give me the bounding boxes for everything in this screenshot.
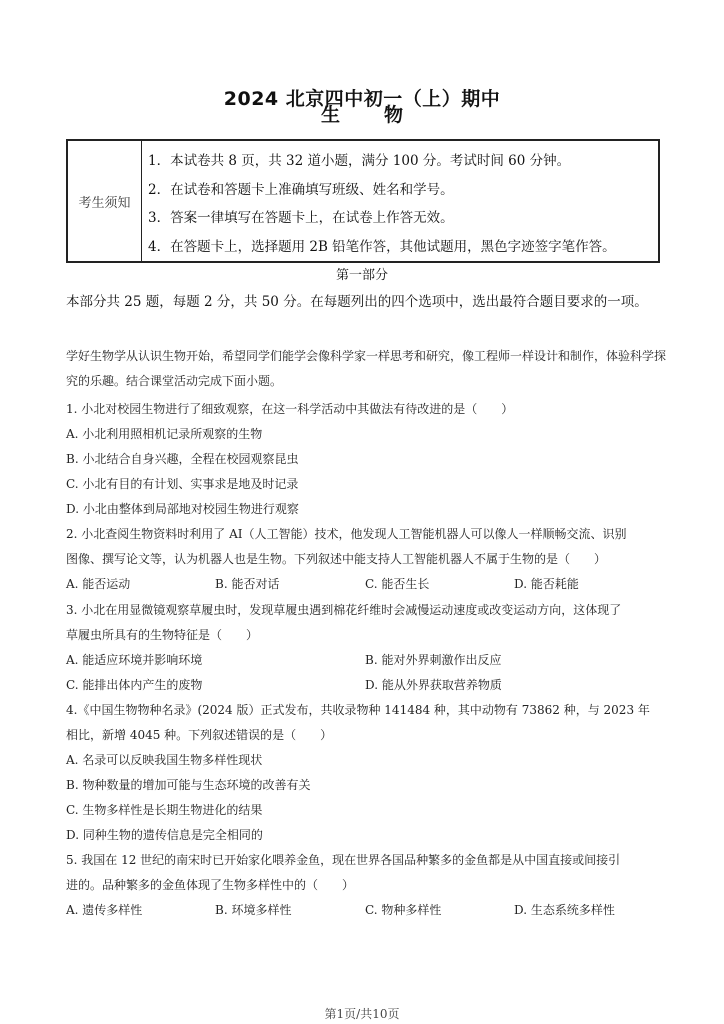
question-3-stem-line1: 3. 小北在用显微镜观察草履虫时，发现草履虫遇到棉花纤维时会减慢运动速度或改变运…	[66, 601, 621, 618]
question-2-stem-line1: 2. 小北查阅生物资料时利用了 AI（人工智能）技术，他发现人工智能机器人可以像…	[66, 525, 627, 542]
notice-item: 4．在答题卡上，选择题用 2B 铅笔作答，其他试题用，黑色字迹签字笔作答。	[148, 233, 658, 262]
notice-label: 考生须知	[68, 141, 142, 261]
subject-title: 生物	[0, 100, 724, 127]
question-4-option-c: C. 生物多样性是长期生物进化的结果	[66, 801, 262, 818]
question-4-stem-line1: 4.《中国生物物种名录》(2024 版）正式发布，共收录物种 141484 种，…	[66, 701, 650, 718]
question-1-option-d: D. 小北由整体到局部地对校园生物进行观察	[66, 500, 299, 517]
question-2-option-b: B. 能否对话	[215, 575, 279, 592]
subject-char: 物	[384, 100, 403, 127]
notice-item: 2．在试卷和答题卡上准确填写班级、姓名和学号。	[148, 176, 658, 205]
page-number: 第1页/共10页	[0, 1005, 724, 1022]
question-2-option-c: C. 能否生长	[365, 575, 429, 592]
notice-list: 1．本试卷共 8 页，共 32 道小题，满分 100 分。考试时间 60 分钟。…	[142, 141, 658, 261]
subject-char: 生	[321, 100, 340, 127]
question-5-option-c: C. 物种多样性	[365, 901, 441, 918]
part-title: 第一部分	[0, 264, 724, 283]
question-4-option-d: D. 同种生物的遗传信息是完全相同的	[66, 826, 263, 843]
question-4-option-a: A. 名录可以反映我国生物多样性现状	[66, 751, 262, 768]
question-1-option-b: B. 小北结合自身兴趣，全程在校园观察昆虫	[66, 450, 298, 467]
question-1-option-a: A. 小北利用照相机记录所观察的生物	[66, 425, 262, 442]
question-4-stem-line2: 相比，新增 4045 种。下列叙述错误的是（ ）	[66, 726, 332, 743]
question-3-option-c: C. 能排出体内产生的废物	[66, 676, 202, 693]
question-5-stem-line2: 进的。品种繁多的金鱼体现了生物多样性中的（ ）	[66, 876, 354, 893]
question-2-option-d: D. 能否耗能	[514, 575, 579, 592]
notice-item: 3．答案一律填写在答题卡上，在试卷上作答无效。	[148, 204, 658, 233]
question-1-stem: 1. 小北对校园生物进行了细致观察，在这一科学活动中其做法有待改进的是（ ）	[66, 400, 513, 417]
question-1-option-c: C. 小北有目的有计划、实事求是地及时记录	[66, 475, 298, 492]
question-2-option-a: A. 能否运动	[66, 575, 130, 592]
passage: 学好生物学从认识生物开始，希望同学们能学会像科学家一样思考和研究，像工程师一样设…	[66, 344, 666, 394]
part-instructions: 本部分共 25 题，每题 2 分，共 50 分。在每题列出的四个选项中，选出最符…	[66, 287, 666, 317]
notice-item: 1．本试卷共 8 页，共 32 道小题，满分 100 分。考试时间 60 分钟。	[148, 147, 658, 176]
question-3-option-a: A. 能适应环境并影响环境	[66, 651, 202, 668]
question-3-option-b: B. 能对外界刺激作出反应	[365, 651, 501, 668]
exam-notice-box: 考生须知 1．本试卷共 8 页，共 32 道小题，满分 100 分。考试时间 6…	[66, 139, 660, 263]
question-4-option-b: B. 物种数量的增加可能与生态环境的改善有关	[66, 776, 310, 793]
question-5-option-b: B. 环境多样性	[215, 901, 291, 918]
question-5-option-a: A. 遗传多样性	[66, 901, 142, 918]
question-3-option-d: D. 能从外界获取营养物质	[365, 676, 502, 693]
question-5-stem-line1: 5. 我国在 12 世纪的南宋时已开始家化喂养金鱼，现在世界各国品种繁多的金鱼都…	[66, 851, 620, 868]
question-5-option-d: D. 生态系统多样性	[514, 901, 615, 918]
question-2-stem-line2: 图像、撰写论文等，认为机器人也是生物。下列叙述中能支持人工智能机器人不属于生物的…	[66, 550, 606, 567]
question-3-stem-line2: 草履虫所具有的生物特征是（ ）	[66, 626, 258, 643]
